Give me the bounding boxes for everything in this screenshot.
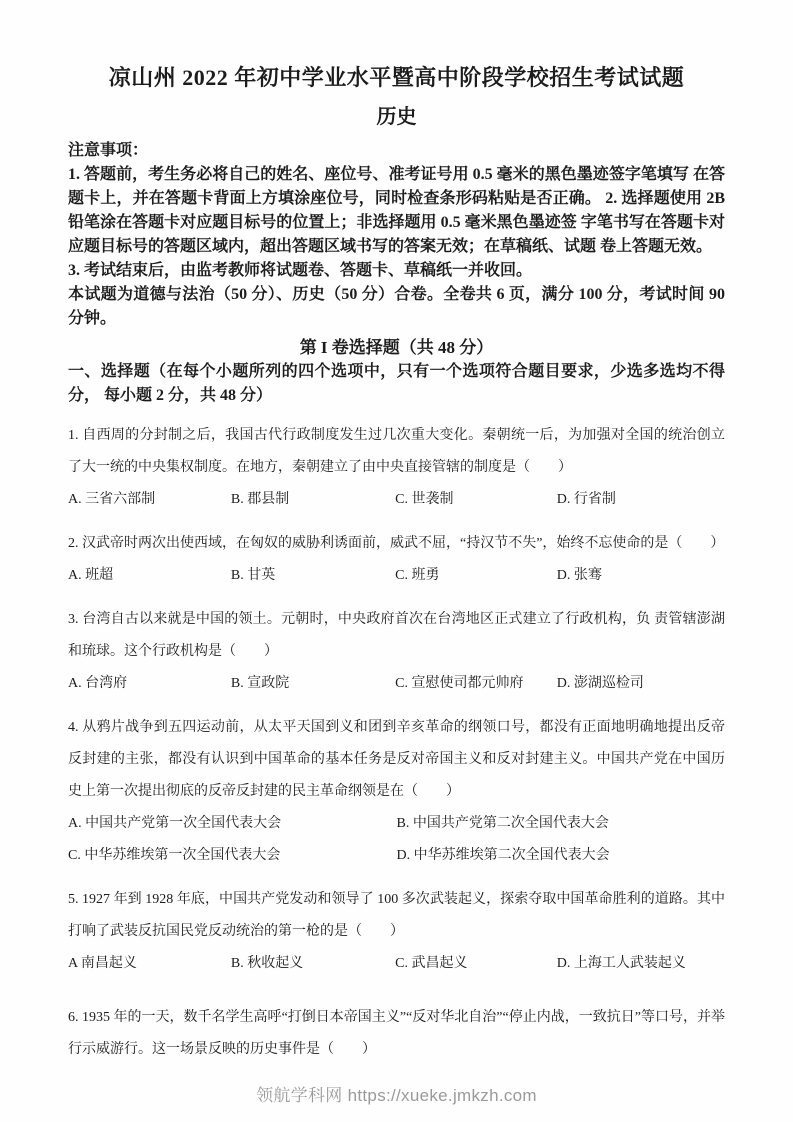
notice-paragraph-2: 3. 考试结束后，由监考教师将试题卷、答题卡、草稿纸一并收回。 xyxy=(68,259,725,283)
question-3: 3. 台湾自古以来就是中国的领土。元朝时，中央政府首次在台湾地区正式建立了行政机… xyxy=(68,604,725,700)
question-1-options: A. 三省六部制 B. 郡县制 C. 世袭制 D. 行省制 xyxy=(68,484,725,516)
question-3-stem: 3. 台湾自古以来就是中国的领土。元朝时，中央政府首次在台湾地区正式建立了行政机… xyxy=(68,604,725,668)
page-title: 凉山州 2022 年初中学业水平暨高中阶段学校招生考试试题 xyxy=(68,64,725,92)
question-5: 5. 1927 年到 1928 年底，中国共产党发动和领导了 100 多次武装起… xyxy=(68,884,725,980)
question-2-options: A. 班超 B. 甘英 C. 班勇 D. 张骞 xyxy=(68,560,725,592)
question-4-option-b: B. 中国共产党第二次全国代表大会 xyxy=(397,808,726,840)
question-6: 6. 1935 年的一天，数千名学生高呼“打倒日本帝国主义”“反对华北自治”“停… xyxy=(68,1002,725,1066)
exam-paper-page: 凉山州 2022 年初中学业水平暨高中阶段学校招生考试试题 历史 注意事项： 1… xyxy=(0,0,793,1122)
question-4: 4. 从鸦片战争到五四运动前，从太平天国到义和团到辛亥革命的纲领口号，都没有正面… xyxy=(68,712,725,872)
question-1-option-c: C. 世袭制 xyxy=(395,484,557,516)
question-2-option-c: C. 班勇 xyxy=(395,560,557,592)
notice-paragraph-3: 本试题为道德与法治（50 分）、历史（50 分）合卷。全卷共 6 页，满分 10… xyxy=(68,283,725,331)
question-1: 1. 自西周的分封制之后，我国古代行政制度发生过几次重大变化。秦朝统一后，为加强… xyxy=(68,420,725,516)
question-3-option-a: A. 台湾府 xyxy=(68,668,231,700)
question-1-stem: 1. 自西周的分封制之后，我国古代行政制度发生过几次重大变化。秦朝统一后，为加强… xyxy=(68,420,725,484)
section-instruction: 一、选择题（在每个小题所列的四个选项中，只有一个选项符合题目要求，少选多选均不得… xyxy=(68,360,725,408)
question-4-stem: 4. 从鸦片战争到五四运动前，从太平天国到义和团到辛亥革命的纲领口号，都没有正面… xyxy=(68,712,725,808)
question-1-option-b: B. 郡县制 xyxy=(231,484,395,516)
notice-heading: 注意事项： xyxy=(68,139,725,163)
question-3-options: A. 台湾府 B. 宣政院 C. 宣慰使司都元帅府 D. 澎湖巡检司 xyxy=(68,668,725,700)
question-4-options: A. 中国共产党第一次全国代表大会 B. 中国共产党第二次全国代表大会 C. 中… xyxy=(68,808,725,872)
question-1-option-a: A. 三省六部制 xyxy=(68,484,231,516)
question-5-option-a: A 南昌起义 xyxy=(68,948,231,980)
part-heading: 第 I 卷选择题（共 48 分） xyxy=(68,335,725,360)
question-4-option-c: C. 中华苏维埃第一次全国代表大会 xyxy=(68,840,397,872)
notice-paragraph-1: 1. 答题前，考生务必将自己的姓名、座位号、准考证号用 0.5 毫米的黑色墨迹签… xyxy=(68,163,725,259)
question-2-option-b: B. 甘英 xyxy=(231,560,395,592)
question-2-option-a: A. 班超 xyxy=(68,560,231,592)
question-5-options: A 南昌起义 B. 秋收起义 C. 武昌起义 D. 上海工人武装起义 xyxy=(68,948,725,980)
question-2-option-d: D. 张骞 xyxy=(557,560,725,592)
question-4-option-a: A. 中国共产党第一次全国代表大会 xyxy=(68,808,397,840)
question-2: 2. 汉武帝时两次出使西域，在匈奴的威胁利诱面前，威武不屈，“持汉节不失”，始终… xyxy=(68,528,725,592)
question-5-stem: 5. 1927 年到 1928 年底，中国共产党发动和领导了 100 多次武装起… xyxy=(68,884,725,948)
question-1-option-d: D. 行省制 xyxy=(557,484,725,516)
question-5-option-d: D. 上海工人武装起义 xyxy=(557,948,725,980)
question-6-stem: 6. 1935 年的一天，数千名学生高呼“打倒日本帝国主义”“反对华北自治”“停… xyxy=(68,1002,725,1066)
question-5-option-c: C. 武昌起义 xyxy=(395,948,557,980)
question-2-stem: 2. 汉武帝时两次出使西域，在匈奴的威胁利诱面前，威武不屈，“持汉节不失”，始终… xyxy=(68,528,725,560)
question-3-option-c: C. 宣慰使司都元帅府 xyxy=(395,668,557,700)
notice-section: 注意事项： 1. 答题前，考生务必将自己的姓名、座位号、准考证号用 0.5 毫米… xyxy=(68,139,725,331)
question-3-option-b: B. 宣政院 xyxy=(231,668,395,700)
question-4-option-d: D. 中华苏维埃第二次全国代表大会 xyxy=(397,840,726,872)
watermark: 领航学科网 https://xueke.jmkzh.com xyxy=(0,1081,793,1106)
subject-title: 历史 xyxy=(68,104,725,130)
question-5-option-b: B. 秋收起义 xyxy=(231,948,395,980)
question-3-option-d: D. 澎湖巡检司 xyxy=(557,668,725,700)
